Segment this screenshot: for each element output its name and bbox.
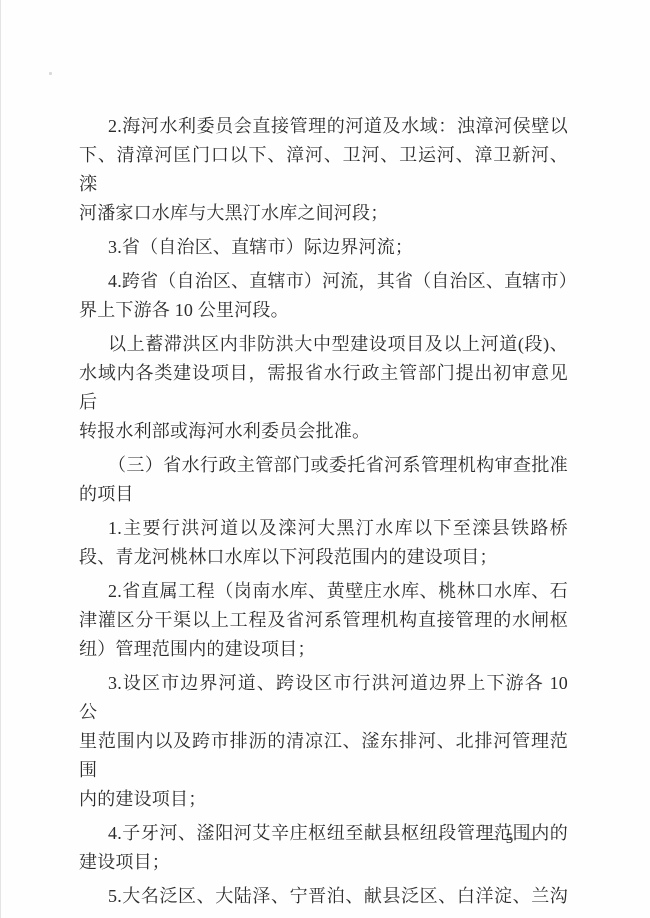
paragraph: 2.省直属工程（岗南水库、黄壁庄水库、桃林口水库、石津灌区分干渠以上工程及省河系…	[79, 577, 568, 664]
paragraph: 5.大名泛区、大陆泽、宁晋泊、献县泛区、白洋淀、兰沟	[79, 882, 568, 911]
document-body: 2.海河水利委员会直接管理的河道及水域：浊漳河侯壁以下、清漳河匡门口以下、漳河、…	[79, 112, 568, 916]
paragraph: 2.海河水利委员会直接管理的河道及水域：浊漳河侯壁以下、清漳河匡门口以下、漳河、…	[79, 112, 568, 228]
text-line: 2.海河水利委员会直接管理的河道及水域：浊漳河侯壁以	[79, 112, 568, 141]
paragraph: （三）省水行政主管部门或委托省河系管理机构审查批准的项目	[79, 451, 568, 509]
document-page: 2.海河水利委员会直接管理的河道及水域：浊漳河侯壁以下、清漳河匡门口以下、漳河、…	[0, 0, 650, 918]
text-line: 3.设区市边界河道、跨设区市行洪河道边界上下游各 10 公	[79, 669, 568, 727]
page-number: — 5 —	[466, 831, 556, 848]
text-line: 水域内各类建设项目，需报省水行政主管部门提出初审意见后	[79, 359, 568, 417]
paragraph: 以上蓄滞洪区内非防洪大中型建设项目及以上河道(段)、水域内各类建设项目，需报省水…	[79, 330, 568, 446]
text-line: 河潘家口水库与大黑汀水库之间河段；	[79, 199, 568, 228]
text-line: 5.大名泛区、大陆泽、宁晋泊、献县泛区、白洋淀、兰沟	[79, 882, 568, 911]
text-line: 段、青龙河桃林口水库以下河段范围内的建设项目；	[79, 543, 568, 572]
text-line: 界上下游各 10 公里河段。	[79, 296, 568, 325]
text-line: 4.跨省（自治区、直辖市）河流，其省（自治区、直辖市）	[79, 267, 568, 296]
text-line: 建设项目；	[79, 848, 568, 877]
paragraph: 3.省（自治区、直辖市）际边界河流；	[79, 233, 568, 262]
paragraph: 1.主要行洪河道以及滦河大黑汀水库以下至滦县铁路桥段、青龙河桃林口水库以下河段范…	[79, 514, 568, 572]
scan-speck-artifact	[49, 72, 52, 75]
text-line: 纽）管理范围内的建设项目；	[79, 635, 568, 664]
text-line: 的项目	[79, 480, 568, 509]
text-line: 转报水利部或海河水利委员会批准。	[79, 417, 568, 446]
text-line: 以上蓄滞洪区内非防洪大中型建设项目及以上河道(段)、	[79, 330, 568, 359]
text-line: 里范围内以及跨市排沥的清凉江、滏东排河、北排河管理范围	[79, 727, 568, 785]
text-line: （三）省水行政主管部门或委托省河系管理机构审查批准	[79, 451, 568, 480]
text-line: 2.省直属工程（岗南水库、黄壁庄水库、桃林口水库、石	[79, 577, 568, 606]
text-line: 1.主要行洪河道以及滦河大黑汀水库以下至滦县铁路桥	[79, 514, 568, 543]
paragraph: 4.子牙河、滏阳河艾辛庄枢纽至献县枢纽段管理范围内的建设项目；	[79, 819, 568, 877]
text-line: 内的建设项目；	[79, 785, 568, 814]
text-line: 下、清漳河匡门口以下、漳河、卫河、卫运河、漳卫新河、滦	[79, 141, 568, 199]
text-line: 3.省（自治区、直辖市）际边界河流；	[79, 233, 568, 262]
scan-edge-artifact	[0, 0, 1, 918]
paragraph: 3.设区市边界河道、跨设区市行洪河道边界上下游各 10 公里范围内以及跨市排沥的…	[79, 669, 568, 814]
text-line: 津灌区分干渠以上工程及省河系管理机构直接管理的水闸枢	[79, 606, 568, 635]
paragraph: 4.跨省（自治区、直辖市）河流，其省（自治区、直辖市）界上下游各 10 公里河段…	[79, 267, 568, 325]
